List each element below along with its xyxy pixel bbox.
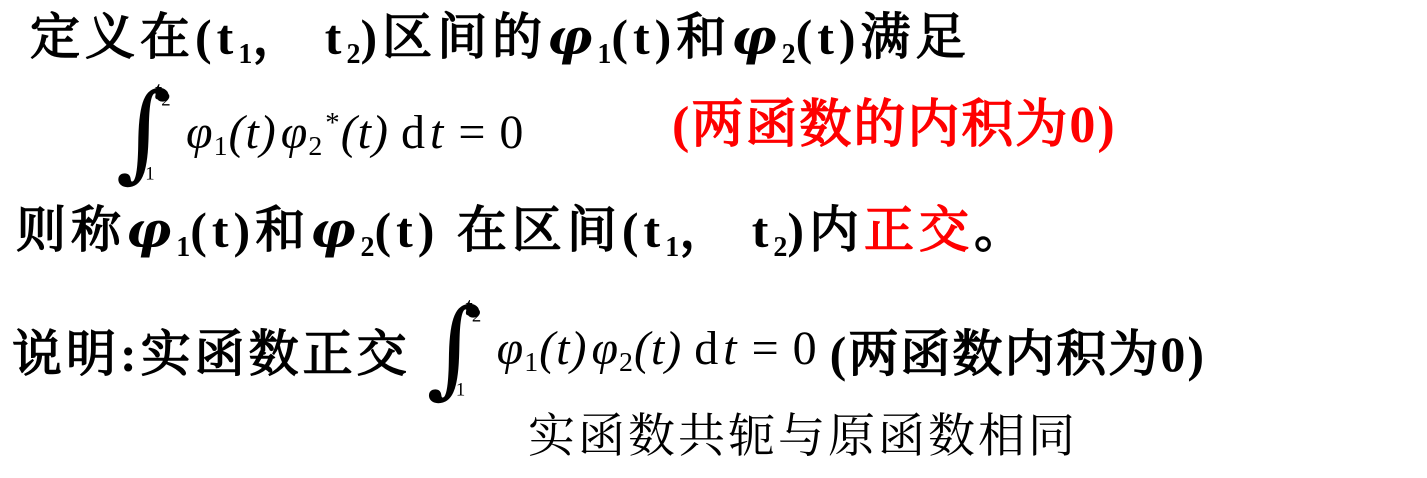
formula-body: φ1(t)φ2(t)dt= 0 — [497, 321, 818, 379]
integral-upper-limit: t2 — [465, 294, 482, 330]
integral-sign: ∫ t2 t1 — [427, 292, 493, 408]
text-segment: 定义在(t — [30, 9, 238, 65]
phi2-subscript: 2 — [619, 347, 634, 378]
phi2-subscript: 2 — [308, 131, 323, 162]
limit-subscript: 1 — [456, 380, 465, 401]
real-function-note-line: 说明:实函数正交 ∫ t2 t1 φ1(t)φ2(t)dt= 0 (两函数内积为… — [12, 288, 1206, 412]
differential-t: t — [723, 322, 737, 375]
t2-subscript: 2 — [773, 232, 787, 263]
equals-zero: = 0 — [458, 106, 524, 159]
phi2-symbol: φ — [731, 7, 781, 66]
limit-variable: t — [465, 292, 472, 321]
differential-t: t — [430, 106, 444, 159]
phi1-symbol: φ — [126, 200, 176, 259]
differential-d: d — [694, 322, 719, 375]
text-segment: (t)和 — [611, 9, 731, 65]
integral-upper-limit: t2 — [154, 78, 171, 114]
integral-sign: ∫ t2 t1 — [116, 76, 182, 192]
real-orthogonality-formula: ∫ t2 t1 φ1(t)φ2(t)dt= 0 — [427, 292, 818, 408]
complex-orthogonality-formula: ∫ t2 t1 φ1(t)φ2*(t)dt= 0 — [116, 76, 524, 192]
phi1-symbol: φ — [186, 106, 214, 159]
limit-subscript: 2 — [161, 90, 170, 111]
phi2-subscript: 2 — [782, 39, 796, 70]
text-segment: )区间的 — [360, 9, 547, 65]
equals-zero: = 0 — [752, 322, 818, 375]
text-segment: ， t — [252, 9, 346, 65]
note-text: (两函数的内积为0) — [672, 97, 1117, 154]
orthogonal-term-highlight: 正交 — [864, 202, 974, 258]
phi1-subscript: 1 — [176, 232, 190, 263]
argument-t: (t) — [228, 106, 276, 159]
integral-lower-limit: t1 — [449, 368, 466, 404]
t1-subscript: 1 — [665, 232, 679, 263]
text-segment: (t)和 — [190, 202, 310, 258]
conjugate-note-line: 实函数共轭与原函数相同 — [528, 408, 1078, 466]
conjugate-star: * — [325, 107, 340, 139]
real-inner-product-note: (两函数内积为0) — [830, 314, 1206, 386]
slide: 定义在(t1， t2)区间的φ1(t)和φ2(t)满足 ∫ t2 t1 φ1(t… — [0, 0, 1427, 478]
phi1-subscript: 1 — [214, 131, 229, 162]
t1-subscript: 1 — [238, 39, 252, 70]
argument-t: (t) — [539, 322, 587, 375]
text-segment: 则称 — [16, 202, 126, 258]
phi1-symbol: φ — [547, 7, 597, 66]
phi1-symbol: φ — [497, 322, 525, 375]
note-label: 说明:实函数正交 — [12, 314, 411, 386]
phi2-subscript: 2 — [360, 232, 374, 263]
note-text: 实函数共轭与原函数相同 — [528, 411, 1078, 463]
text-segment: ， t — [679, 202, 773, 258]
limit-variable: t — [449, 366, 456, 395]
text-segment: )内 — [787, 202, 864, 258]
phi2-symbol: φ — [310, 200, 360, 259]
text-segment: (t)满足 — [796, 9, 971, 65]
t2-subscript: 2 — [346, 39, 360, 70]
limit-subscript: 2 — [472, 306, 481, 327]
inner-product-note-red: (两函数的内积为0) — [672, 92, 1117, 160]
phi2-symbol: φ — [591, 322, 619, 375]
limit-subscript: 1 — [145, 164, 154, 185]
argument-t: (t) — [341, 106, 389, 159]
phi1-subscript: 1 — [524, 347, 539, 378]
period: 。 — [974, 202, 1029, 258]
orthogonality-statement-line: 则称φ1(t)和φ2(t) 在区间(t1， t2)内正交。 — [16, 196, 1029, 282]
integral-lower-limit: t1 — [138, 152, 155, 188]
phi2-symbol: φ — [281, 106, 309, 159]
differential-d: d — [401, 106, 426, 159]
argument-t: (t) — [634, 322, 682, 375]
formula-body: φ1(t)φ2*(t)dt= 0 — [186, 105, 524, 163]
text-segment: (t) 在区间(t — [374, 202, 665, 258]
phi1-subscript: 1 — [597, 39, 611, 70]
